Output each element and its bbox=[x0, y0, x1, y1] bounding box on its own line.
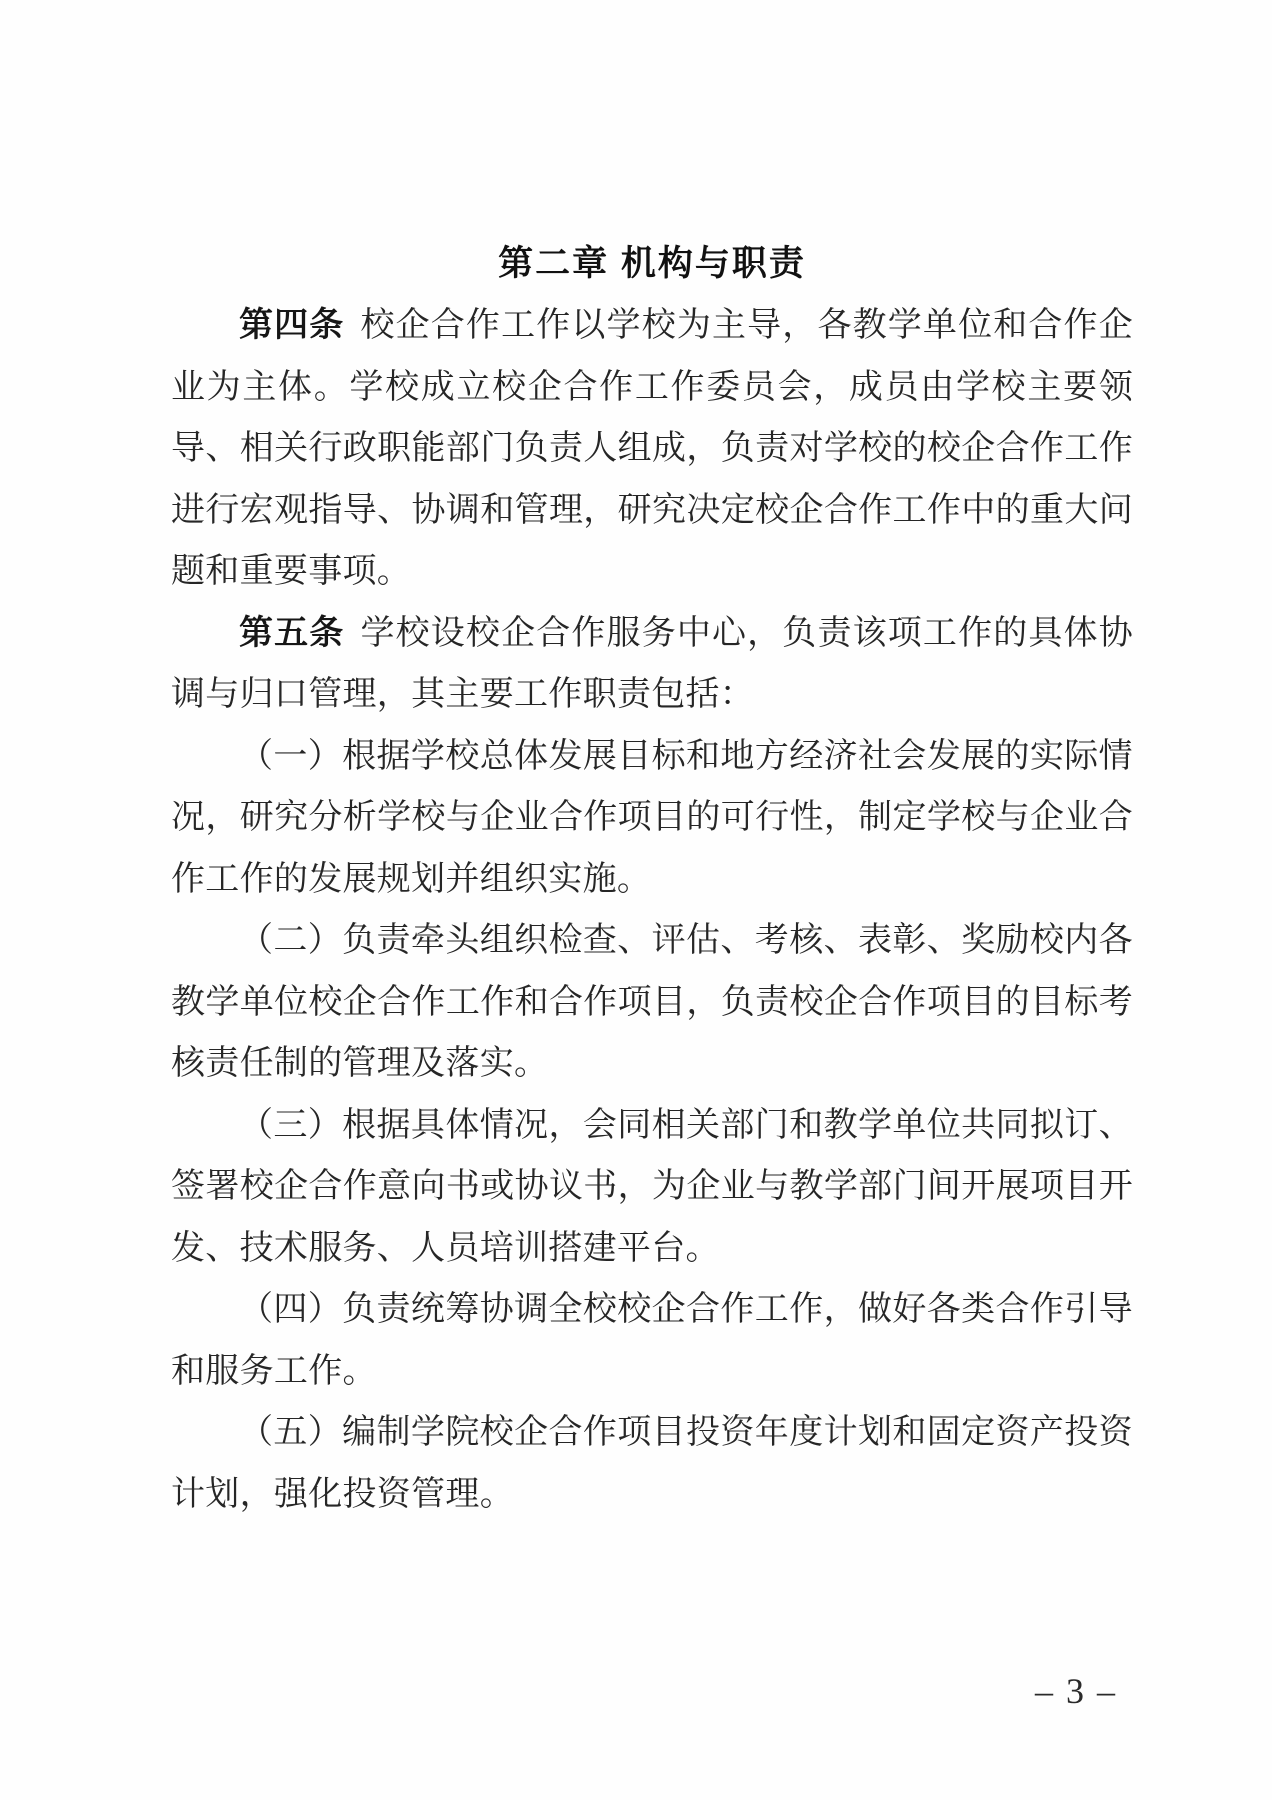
chapter-title: 第二章 机构与职责 bbox=[171, 233, 1133, 295]
page-number: – 3 – bbox=[1035, 1670, 1117, 1712]
article-4-number: 第四条 bbox=[239, 306, 344, 344]
clause-item-1: （一）根据学校总体发展目标和地方经济社会发展的实际情况，研究分析学校与企业合作项… bbox=[171, 726, 1133, 911]
clause-item-5: （五）编制学院校企合作项目投资年度计划和固定资产投资计划，强化投资管理。 bbox=[171, 1402, 1133, 1525]
article-5-number: 第五条 bbox=[239, 614, 344, 652]
article-4-text: 校企合作工作以学校为主导，各教学单位和合作企业为主体。学校成立校企合作工作委员会… bbox=[171, 307, 1133, 590]
clause-item-3: （三）根据具体情况，会同相关部门和教学单位共同拟订、签署校企合作意向书或协议书，… bbox=[171, 1095, 1133, 1280]
article-4-paragraph: 第四条校企合作工作以学校为主导，各教学单位和合作企业为主体。学校成立校企合作工作… bbox=[171, 295, 1133, 603]
clause-item-4: （四）负责统筹协调全校校企合作工作，做好各类合作引导和服务工作。 bbox=[171, 1279, 1133, 1402]
document-page: 第二章 机构与职责 第四条校企合作工作以学校为主导，各教学单位和合作企业为主体。… bbox=[0, 0, 1272, 1800]
clause-item-2: （二）负责牵头组织检查、评估、考核、表彰、奖励校内各教学单位校企合作工作和合作项… bbox=[171, 910, 1133, 1095]
article-5-paragraph: 第五条学校设校企合作服务中心，负责该项工作的具体协调与归口管理，其主要工作职责包… bbox=[171, 603, 1133, 726]
